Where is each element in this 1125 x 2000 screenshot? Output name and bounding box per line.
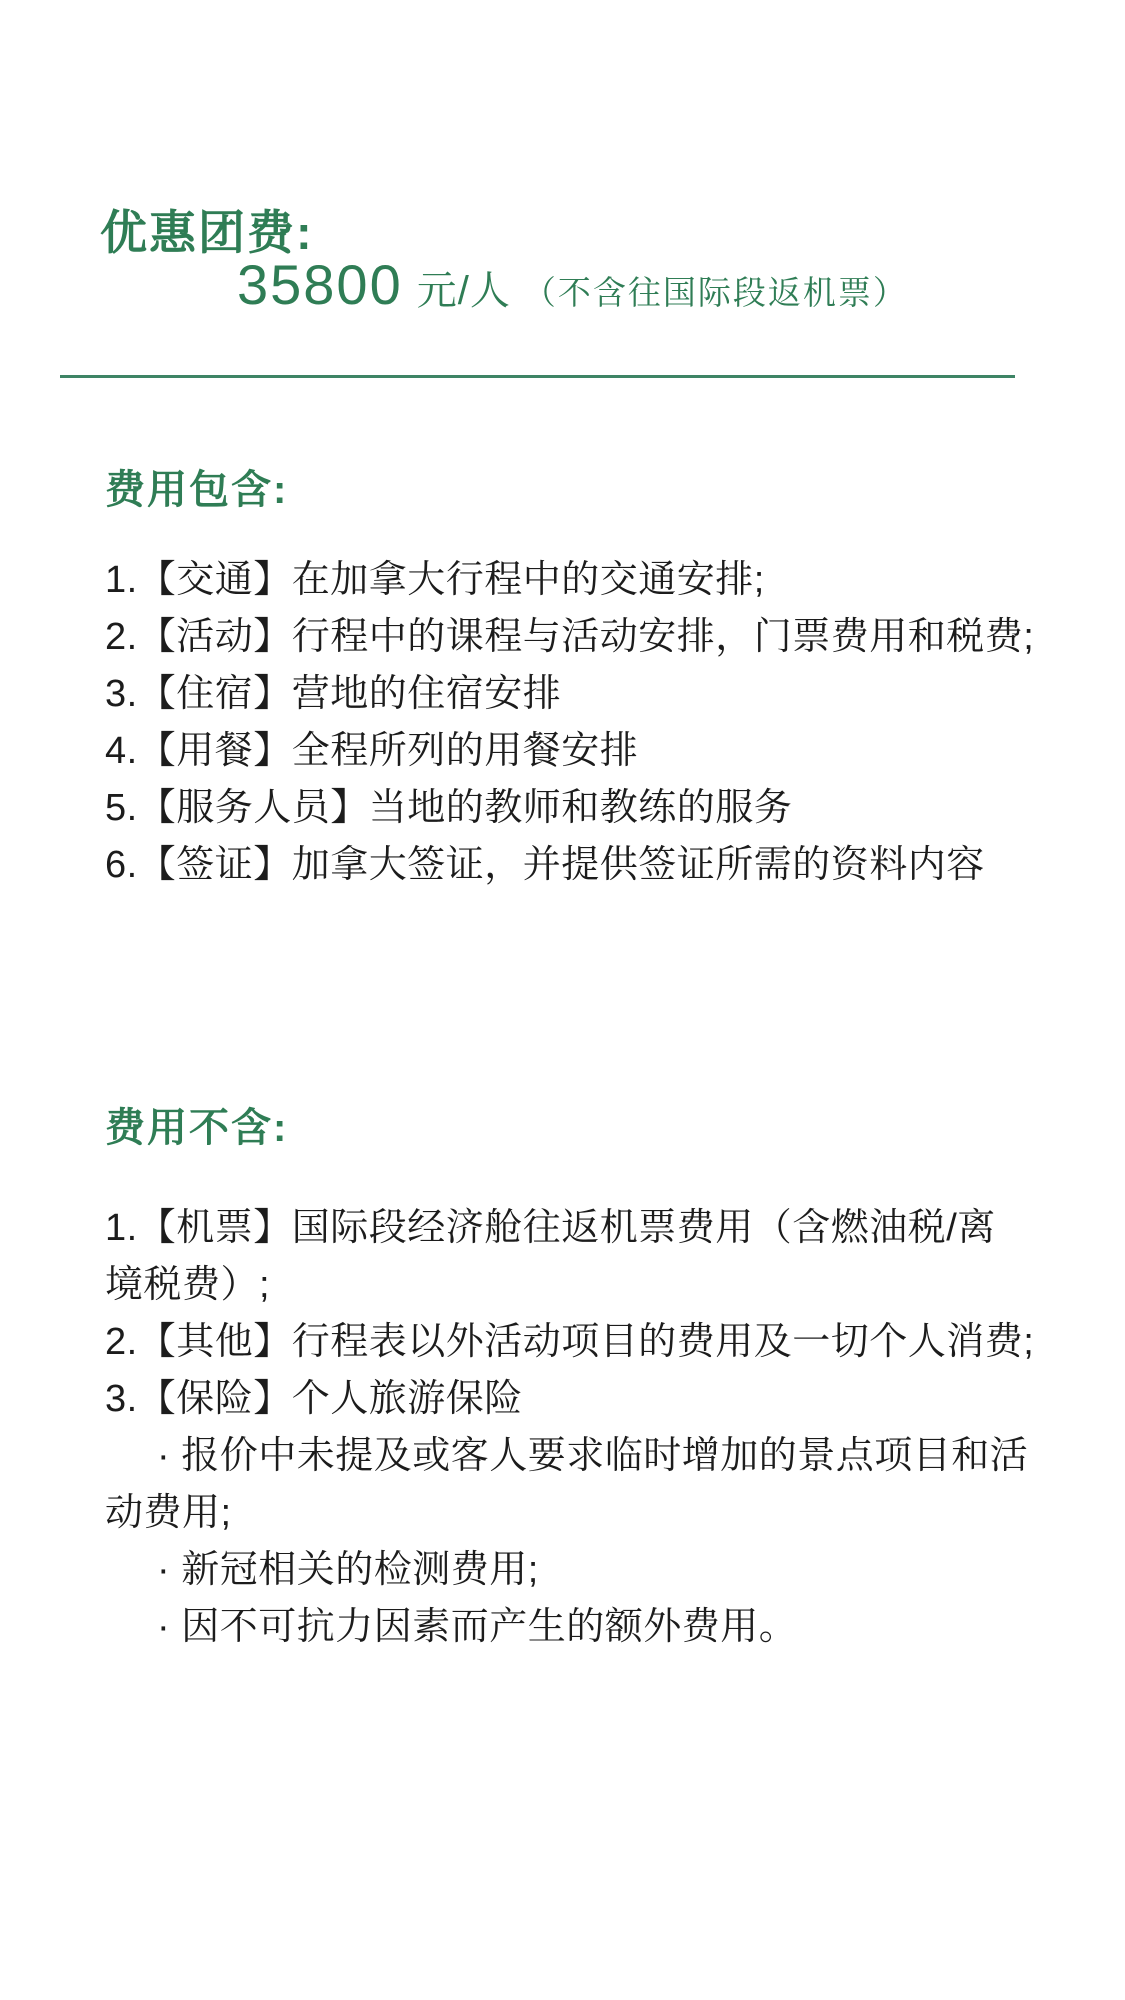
price-amount: 35800 — [237, 252, 403, 317]
list-item: 2.【活动】行程中的课程与活动安排，门票费用和税费; — [105, 609, 1070, 666]
list-item: 6.【签证】加拿大签证，并提供签证所需的资料内容 — [105, 837, 1070, 894]
price-unit: 元/人 — [417, 259, 511, 316]
list-sub-item: · 因不可抗力因素而产生的额外费用。 — [105, 1599, 1070, 1656]
list-item: 4.【用餐】全程所列的用餐安排 — [105, 723, 1070, 780]
list-sub-item: · 新冠相关的检测费用; — [105, 1542, 1070, 1599]
fees-excluded-list: 1.【机票】国际段经济舱往返机票费用（含燃油税/离 境税费）; 2.【其他】行程… — [105, 1200, 1070, 1656]
list-item: 1.【交通】在加拿大行程中的交通安排; — [105, 552, 1070, 609]
list-item: 5.【服务人员】当地的教师和教练的服务 — [105, 780, 1070, 837]
list-item: 3.【保险】个人旅游保险 — [105, 1371, 1070, 1428]
fees-included-heading: 费用包含: — [105, 458, 288, 515]
list-item: 1.【机票】国际段经济舱往返机票费用（含燃油税/离 境税费）; — [105, 1200, 1070, 1314]
section-divider — [60, 375, 1015, 378]
fees-included-list: 1.【交通】在加拿大行程中的交通安排; 2.【活动】行程中的课程与活动安排，门票… — [105, 552, 1070, 894]
list-item: 2.【其他】行程表以外活动项目的费用及一切个人消费; — [105, 1314, 1070, 1371]
price-note: （不含往国际段返机票） — [523, 267, 908, 314]
price-line: 35800 元/人 （不含往国际段返机票） — [237, 252, 908, 317]
list-sub-item: · 报价中未提及或客人要求临时增加的景点项目和活 动费用; — [105, 1428, 1070, 1542]
fees-excluded-heading: 费用不含: — [105, 1096, 288, 1153]
tour-fee-document: 优惠团费: 35800 元/人 （不含往国际段返机票） 费用包含: 1.【交通】… — [0, 0, 1125, 2000]
list-item: 3.【住宿】营地的住宿安排 — [105, 666, 1070, 723]
